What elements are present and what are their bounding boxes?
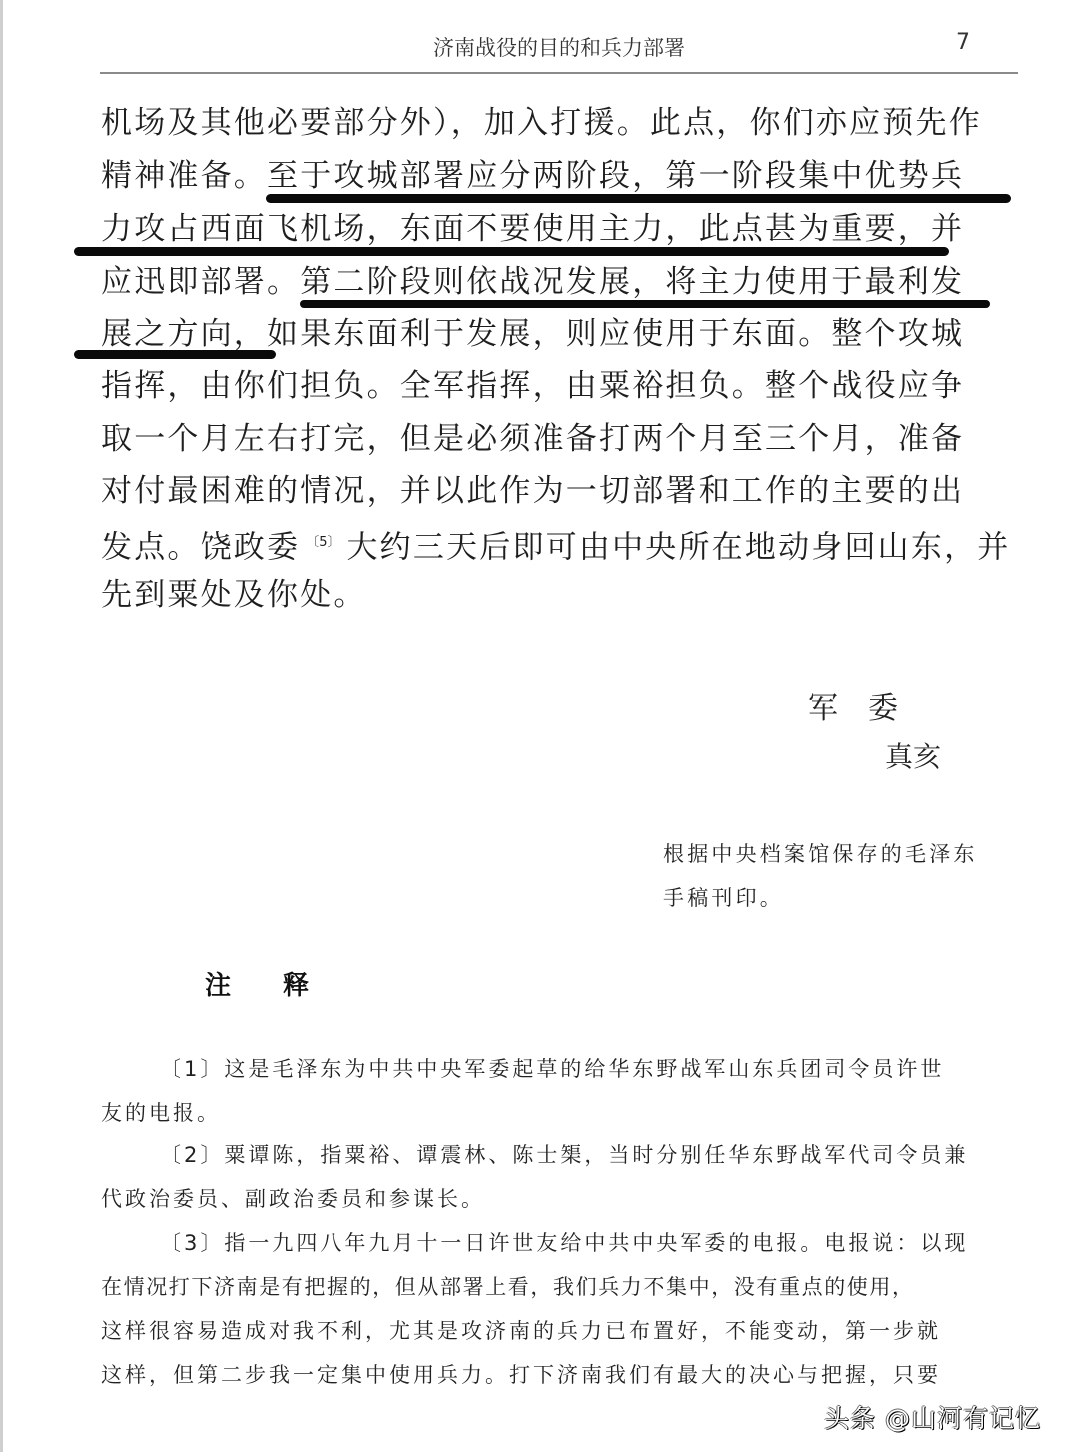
body-line: 力攻占西面飞机场，东面不要使用主力，此点甚为重要，并 xyxy=(101,211,1016,247)
running-title: 济南战役的目的和兵力部署 xyxy=(100,32,1018,62)
note-line: 〔1〕这是毛泽东为中共中央军委起草的给华东野战军山东兵团司令员许世 xyxy=(160,1054,1016,1084)
body-text: 大约三天后即可由中央所在地动身回山东，并 xyxy=(346,529,1010,565)
note-line: 这样，但第二步我一定集中使用兵力。打下济南我们有最大的决心与把握，只要 xyxy=(101,1360,1016,1390)
body-line: 展之方向，如果东面利于发展，则应使用于东面。整个攻城 xyxy=(101,316,1016,352)
body-line: 机场及其他必要部分外），加入打援。此点，你们亦应预先作 xyxy=(101,105,1016,141)
body-line: 精神准备。至于攻城部署应分两阶段，第一阶段集中优势兵 xyxy=(101,158,1016,194)
watermark: 头条 @山河有记忆 xyxy=(824,1399,1041,1435)
note-line: 〔2〕粟谭陈，指粟裕、谭震林、陈士榘，当时分别任华东野战军代司令员兼 xyxy=(160,1140,1016,1170)
note-line: 在情况打下济南是有把握的，但从部署上看，我们兵力不集中，没有重点的使用， xyxy=(101,1272,1016,1302)
signature-date-code: 真亥 xyxy=(885,735,941,775)
page-left-edge xyxy=(0,0,3,1452)
note-line: 〔3〕指一九四八年九月十一日许世友给中共中央军委的电报。电报说：以现 xyxy=(160,1228,1016,1258)
page-number: 7 xyxy=(956,30,970,55)
handdrawn-underline xyxy=(74,247,949,256)
source-note-line: 根据中央档案馆保存的毛泽东 xyxy=(663,838,978,868)
note-line: 代政治委员、副政治委员和参谋长。 xyxy=(101,1184,1016,1214)
signature-sender: 军 委 xyxy=(808,683,898,727)
page-header: 济南战役的目的和兵力部署 7 xyxy=(100,28,1018,68)
body-line: 对付最困难的情况，并以此作为一切部署和工作的主要的出 xyxy=(101,473,1016,509)
handdrawn-underline xyxy=(266,194,1011,203)
source-note-line: 手稿刊印。 xyxy=(663,882,784,912)
body-line: 先到粟处及你处。 xyxy=(101,577,1016,613)
handdrawn-underline xyxy=(300,300,990,308)
body-line: 取一个月左右打完，但是必须准备打两个月至三个月，准备 xyxy=(101,421,1016,457)
body-line: 应迅即部署。第二阶段则依战况发展，将主力使用于最利发 xyxy=(101,264,1016,300)
note-line: 这样很容易造成对我不利，尤其是攻济南的兵力已布置好，不能变动，第一步就 xyxy=(101,1316,1016,1346)
note-line: 友的电报。 xyxy=(101,1098,1016,1128)
body-text: 发点。饶政委 xyxy=(101,529,300,565)
body-line: 发点。饶政委〔5〕大约三天后即可由中央所在地动身回山东，并 xyxy=(101,525,1016,565)
handdrawn-underline xyxy=(74,350,276,359)
body-line: 指挥，由你们担负。全军指挥，由粟裕担负。整个战役应争 xyxy=(101,368,1016,404)
header-rule xyxy=(100,72,1018,74)
footnote-ref-5[interactable]: 〔5〕 xyxy=(306,535,340,550)
notes-heading: 注 释 xyxy=(205,965,309,1002)
